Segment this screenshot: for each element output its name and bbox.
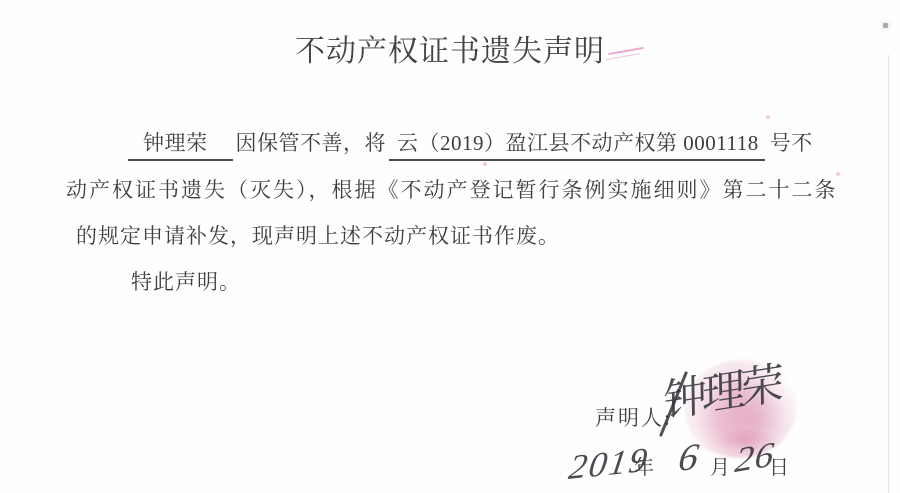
pink-dot-mark — [836, 172, 840, 176]
month-label: 月 — [710, 451, 730, 480]
phrase-after-number: 号不 — [770, 131, 813, 155]
declarant-label: 声明人: — [595, 402, 672, 432]
body-line-3: 的规定申请补发，现声明上述不动产权证书作废。 — [76, 220, 560, 250]
scan-speck — [883, 23, 888, 28]
pink-dot-mark — [483, 162, 487, 166]
closing-line: 特此声明。 — [131, 266, 241, 296]
phrase-after-name: 因保管不善，将 — [236, 131, 387, 155]
body-line-1: 钟理荣因保管不善，将云（2019）盈江县不动产权第 0001118号不 — [128, 127, 813, 161]
pink-dot-mark — [766, 115, 770, 119]
declarant-name-underlined: 钟理荣 — [128, 127, 233, 161]
day-label: 日 — [769, 451, 789, 480]
month-handwritten: 6 — [676, 435, 702, 481]
year-label: 年 — [634, 451, 654, 480]
body-line-2: 动产权证书遗失（灭失），根据《不动产登记暂行条例实施细则》第二十二条 — [66, 174, 838, 204]
page-title: 不动产权证书遗失声明 — [0, 26, 900, 70]
scanned-declaration-document: 不动产权证书遗失声明 钟理荣因保管不善，将云（2019）盈江县不动产权第 000… — [0, 0, 900, 493]
scan-edge-line — [888, 55, 889, 493]
certificate-number-underlined: 云（2019）盈江县不动产权第 0001118 — [389, 127, 765, 161]
